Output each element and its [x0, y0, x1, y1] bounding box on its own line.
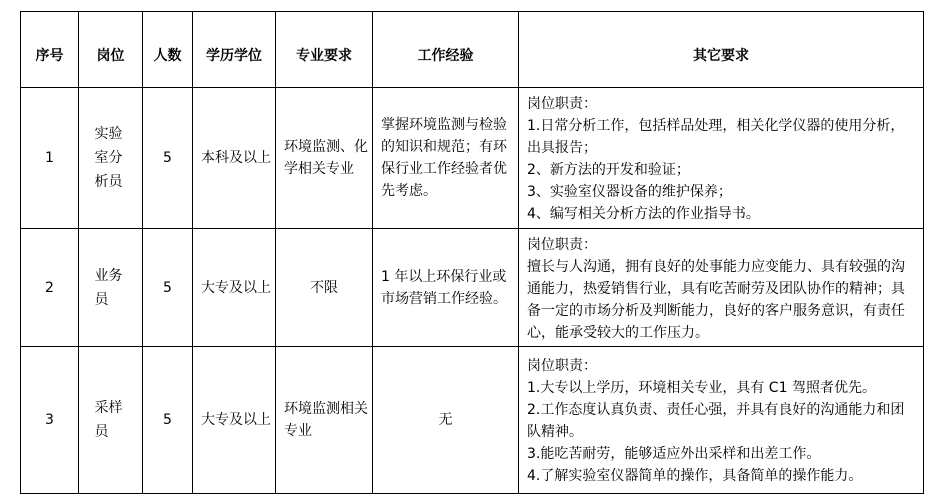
cell-count: 5 — [143, 88, 193, 229]
responsibility-line: 3、实验室仪器设备的维护保养； — [527, 181, 917, 203]
cell-index: 3 — [21, 347, 79, 494]
cell-position: 实验室分析员 — [79, 88, 143, 229]
header-other: 其它要求 — [519, 12, 924, 88]
responsibility-line: 2.工作态度认真负责、责任心强，并具有良好的沟通能力和团队精神。 — [527, 399, 917, 443]
cell-count: 5 — [143, 229, 193, 347]
header-row: 序号 岗位 人数 学历学位 专业要求 工作经验 其它要求 — [21, 12, 924, 88]
cell-other-requirements: 岗位职责： 擅长与人沟通，拥有良好的处事能力应变能力、具有较强的沟通能力，热爱销… — [519, 229, 924, 347]
cell-education: 大专及以上 — [193, 347, 276, 494]
table-row: 3 采样员 5 大专及以上 环境监测相关专业 无 岗位职责： 1.大专以上学历，… — [21, 347, 924, 494]
responsibility-line: 1.日常分析工作，包括样品处理，相关化学仪器的使用分析，出具报告； — [527, 115, 917, 159]
header-major: 专业要求 — [276, 12, 373, 88]
responsibility-line: 3.能吃苦耐劳，能够适应外出采样和出差工作。 — [527, 443, 917, 465]
cell-experience: 1 年以上环保行业或市场营销工作经验。 — [373, 229, 519, 347]
cell-experience: 掌握环境监测与检验的知识和规范；有环保行业工作经验者优先考虑。 — [373, 88, 519, 229]
cell-position: 业务员 — [79, 229, 143, 347]
responsibility-line: 4、编写相关分析方法的作业指导书。 — [527, 203, 917, 225]
job-requirements-table: 序号 岗位 人数 学历学位 专业要求 工作经验 其它要求 1 实验室分析员 5 … — [20, 11, 924, 494]
responsibility-line: 擅长与人沟通，拥有良好的处事能力应变能力、具有较强的沟通能力，热爱销售行业，具有… — [527, 256, 917, 344]
header-experience: 工作经验 — [373, 12, 519, 88]
responsibility-line: 1.大专以上学历，环境相关专业，具有 C1 驾照者优先。 — [527, 377, 917, 399]
cell-major: 环境监测相关专业 — [276, 347, 373, 494]
cell-other-requirements: 岗位职责： 1.大专以上学历，环境相关专业，具有 C1 驾照者优先。 2.工作态… — [519, 347, 924, 494]
cell-major: 环境监测、化学相关专业 — [276, 88, 373, 229]
header-index: 序号 — [21, 12, 79, 88]
cell-major: 不限 — [276, 229, 373, 347]
header-position: 岗位 — [79, 12, 143, 88]
table-row: 2 业务员 5 大专及以上 不限 1 年以上环保行业或市场营销工作经验。 岗位职… — [21, 229, 924, 347]
cell-other-requirements: 岗位职责： 1.日常分析工作，包括样品处理，相关化学仪器的使用分析，出具报告； … — [519, 88, 924, 229]
responsibility-title: 岗位职责： — [527, 355, 917, 377]
cell-education: 本科及以上 — [193, 88, 276, 229]
responsibility-title: 岗位职责： — [527, 93, 917, 115]
cell-index: 1 — [21, 88, 79, 229]
header-education: 学历学位 — [193, 12, 276, 88]
cell-position: 采样员 — [79, 347, 143, 494]
header-count: 人数 — [143, 12, 193, 88]
table-row: 1 实验室分析员 5 本科及以上 环境监测、化学相关专业 掌握环境监测与检验的知… — [21, 88, 924, 229]
cell-experience: 无 — [373, 347, 519, 494]
responsibility-line: 4.了解实验室仪器简单的操作，具备简单的操作能力。 — [527, 465, 917, 487]
cell-count: 5 — [143, 347, 193, 494]
responsibility-title: 岗位职责： — [527, 234, 917, 256]
cell-education: 大专及以上 — [193, 229, 276, 347]
responsibility-line: 2、新方法的开发和验证； — [527, 159, 917, 181]
cell-index: 2 — [21, 229, 79, 347]
